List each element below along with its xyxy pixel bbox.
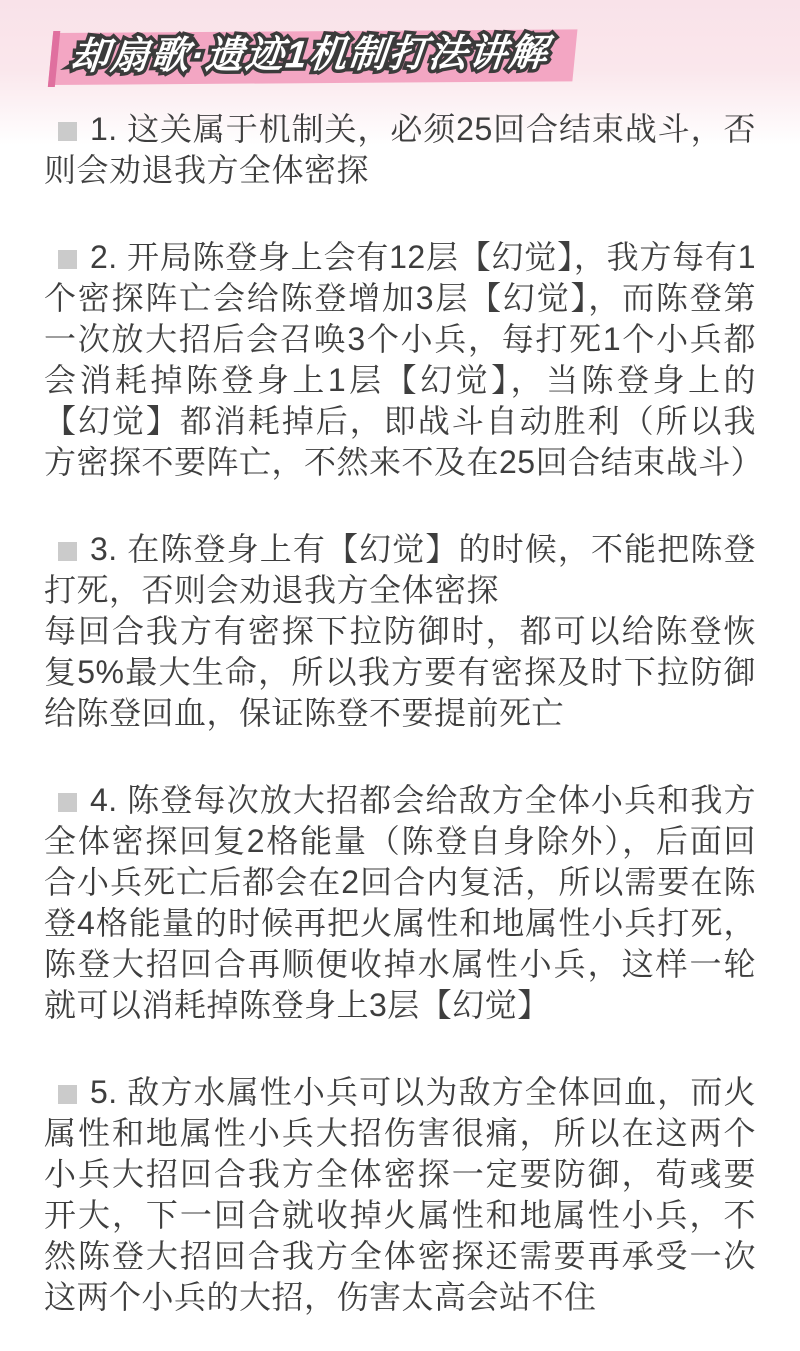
paragraph-lead: 4.陈登每次放大招都会给敌方全体小兵和我方全体密探回复2格能量（陈登自身除外），…: [44, 780, 756, 1026]
guide-paragraph-3: 3.在陈登身上有【幻觉】的时候，不能把陈登打死，否则会劝退我方全体密探 每回合我…: [44, 529, 756, 734]
title-accent-bar: [48, 31, 60, 87]
guide-paragraph-4: 4.陈登每次放大招都会给敌方全体小兵和我方全体密探回复2格能量（陈登自身除外），…: [44, 780, 756, 1026]
paragraph-text: 陈登每次放大招都会给敌方全体小兵和我方全体密探回复2格能量（陈登自身除外），后面…: [44, 782, 756, 1023]
paragraph-number: 3.: [90, 531, 118, 567]
paragraph-text: 敌方水属性小兵可以为敌方全体回血，而火属性和地属性小兵大招伤害很痛，所以在这两个…: [44, 1074, 756, 1315]
paragraph-number: 5.: [90, 1074, 118, 1110]
guide-paragraph-5: 5.敌方水属性小兵可以为敌方全体回血，而火属性和地属性小兵大招伤害很痛，所以在这…: [44, 1072, 756, 1318]
page-title: 却扇歌·遗迹1机制打法讲解 却扇歌·遗迹1机制打法讲解: [69, 33, 551, 78]
bullet-square-icon: [58, 542, 77, 561]
paragraph-text: 这关属于机制关，必须25回合结束战斗，否则会劝退我方全体密探: [44, 111, 756, 188]
paragraph-continuation-text: 每回合我方有密探下拉防御时，都可以给陈登恢复5%最大生命，所以我方要有密探及时下…: [44, 611, 756, 734]
guide-paragraph-1: 1.这关属于机制关，必须25回合结束战斗，否则会劝退我方全体密探: [44, 109, 756, 191]
paragraph-text: 在陈登身上有【幻觉】的时候，不能把陈登打死，否则会劝退我方全体密探: [44, 531, 756, 608]
paragraph-lead: 3.在陈登身上有【幻觉】的时候，不能把陈登打死，否则会劝退我方全体密探: [44, 529, 756, 611]
paragraph-text: 开局陈登身上会有12层【幻觉】，我方每有1个密探阵亡会给陈登增加3层【幻觉】，而…: [44, 239, 763, 480]
paragraph-lead: 5.敌方水属性小兵可以为敌方全体回血，而火属性和地属性小兵大招伤害很痛，所以在这…: [44, 1072, 756, 1318]
paragraph-lead: 2.开局陈登身上会有12层【幻觉】，我方每有1个密探阵亡会给陈登增加3层【幻觉】…: [44, 237, 756, 483]
bullet-square-icon: [58, 122, 77, 141]
title-banner: 却扇歌·遗迹1机制打法讲解 却扇歌·遗迹1机制打法讲解: [48, 29, 577, 85]
guide-paragraph-2: 2.开局陈登身上会有12层【幻觉】，我方每有1个密探阵亡会给陈登增加3层【幻觉】…: [44, 237, 756, 483]
paragraph-lead: 1.这关属于机制关，必须25回合结束战斗，否则会劝退我方全体密探: [44, 109, 756, 191]
paragraph-number: 1.: [90, 111, 118, 147]
title-row: 却扇歌·遗迹1机制打法讲解 却扇歌·遗迹1机制打法讲解: [48, 33, 756, 83]
bullet-square-icon: [58, 250, 77, 269]
bullet-square-icon: [58, 1085, 77, 1104]
bullet-square-icon: [58, 793, 77, 812]
paragraph-number: 2.: [90, 239, 118, 275]
guide-page: 却扇歌·遗迹1机制打法讲解 却扇歌·遗迹1机制打法讲解 1.这关属于机制关，必须…: [0, 0, 800, 1351]
page-title-text: 却扇歌·遗迹1机制打法讲解: [69, 33, 551, 78]
paragraph-number: 4.: [90, 782, 118, 818]
